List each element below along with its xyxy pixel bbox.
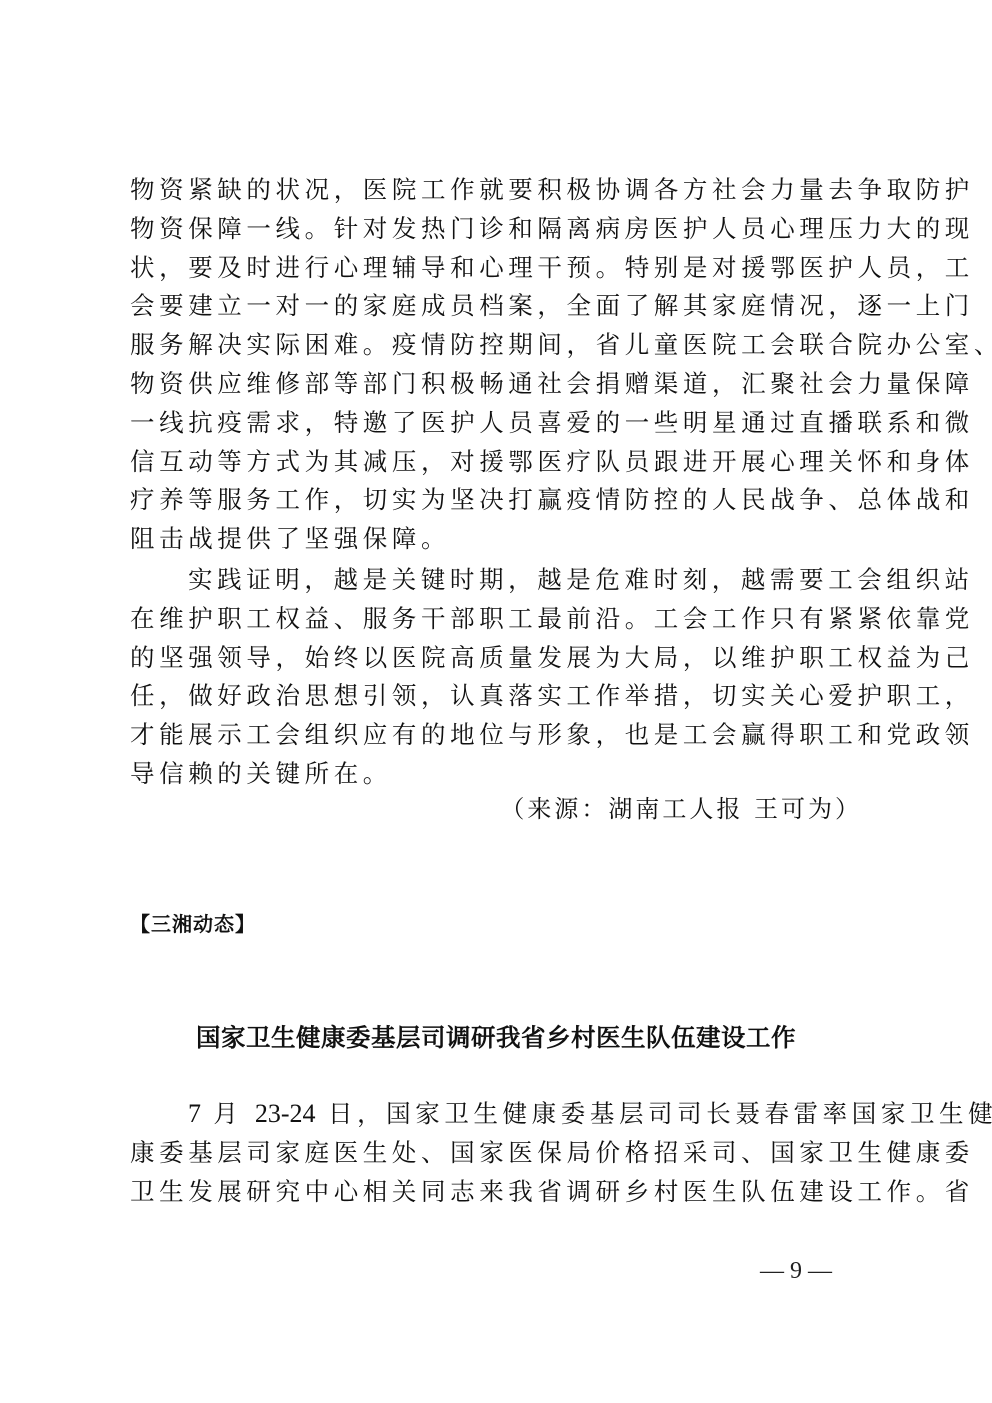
text-line: 康委基层司家庭医生处、国家医保局价格招采司、国家卫生健康委 bbox=[130, 1134, 863, 1173]
document-page: 物资紧缺的状况，医院工作就要积极协调各方社会力量去争取防护 物资保障一线。针对发… bbox=[0, 0, 992, 1403]
article-source-credit: （来源：湖南工人报 王可为） bbox=[500, 790, 862, 828]
text-line: 实践证明，越是关键时期，越是危难时刻，越需要工会组织站 bbox=[130, 561, 863, 600]
text-line: 服务解决实际困难。疫情防控期间，省儿童医院工会联合院办公室、 bbox=[130, 326, 863, 365]
text-line: 信互动等方式为其减压，对援鄂医疗队员跟进开展心理关怀和身体 bbox=[130, 443, 863, 482]
text-line: 物资供应维修部等部门积极畅通社会捐赠渠道，汇聚社会力量保障 bbox=[130, 365, 863, 404]
article1-paragraph-1: 物资紧缺的状况，医院工作就要积极协调各方社会力量去争取防护 物资保障一线。针对发… bbox=[130, 171, 863, 559]
text-line: 物资保障一线。针对发热门诊和隔离病房医护人员心理压力大的现 bbox=[130, 210, 863, 249]
text-line: 一线抗疫需求，特邀了医护人员喜爱的一些明星通过直播联系和微 bbox=[130, 404, 863, 443]
text-line: 的坚强领导，始终以医院高质量发展为大局，以维护职工权益为己 bbox=[130, 639, 863, 678]
date-month-unit: 月 bbox=[213, 1099, 242, 1128]
text-line: 7 月 23-24 日，国家卫生健康委基层司司长聂春雷率国家卫生健 bbox=[130, 1095, 863, 1134]
page-number: — 9 — bbox=[760, 1256, 832, 1286]
text-line: 物资紧缺的状况，医院工作就要积极协调各方社会力量去争取防护 bbox=[130, 171, 863, 210]
text-line: 阻击战提供了坚强保障。 bbox=[130, 520, 863, 559]
article1-paragraph-2: 实践证明，越是关键时期，越是危难时刻，越需要工会组织站 在维护职工权益、服务干部… bbox=[130, 561, 863, 794]
text-line: 会要建立一对一的家庭成员档案，全面了解其家庭情况，逐一上门 bbox=[130, 287, 863, 326]
text-line: 疗养等服务工作，切实为坚决打赢疫情防控的人民战争、总体战和 bbox=[130, 481, 863, 520]
text-line: 才能展示工会组织应有的地位与形象，也是工会赢得职工和党政领 bbox=[130, 716, 863, 755]
article-title: 国家卫生健康委基层司调研我省乡村医生队伍建设工作 bbox=[0, 1020, 992, 1056]
text-line: 卫生发展研究中心相关同志来我省调研乡村医生队伍建设工作。省 bbox=[130, 1173, 863, 1212]
date-month: 7 bbox=[188, 1099, 201, 1128]
text-line: 导信赖的关键所在。 bbox=[130, 755, 863, 794]
text-line: 任，做好政治思想引领，认真落实工作举措，切实关心爱护职工， bbox=[130, 677, 863, 716]
date-day-unit: 日 bbox=[328, 1099, 357, 1128]
article2-paragraph-1: 7 月 23-24 日，国家卫生健康委基层司司长聂春雷率国家卫生健 康委基层司家… bbox=[130, 1095, 863, 1211]
date-range: 23-24 bbox=[255, 1099, 316, 1128]
section-tag: 【三湘动态】 bbox=[130, 909, 256, 939]
text-run: ，国家卫生健康委基层司司长聂春雷率国家卫生健 bbox=[357, 1099, 992, 1128]
text-line: 在维护职工权益、服务干部职工最前沿。工会工作只有紧紧依靠党 bbox=[130, 600, 863, 639]
text-line: 状，要及时进行心理辅导和心理干预。特别是对援鄂医护人员，工 bbox=[130, 249, 863, 288]
